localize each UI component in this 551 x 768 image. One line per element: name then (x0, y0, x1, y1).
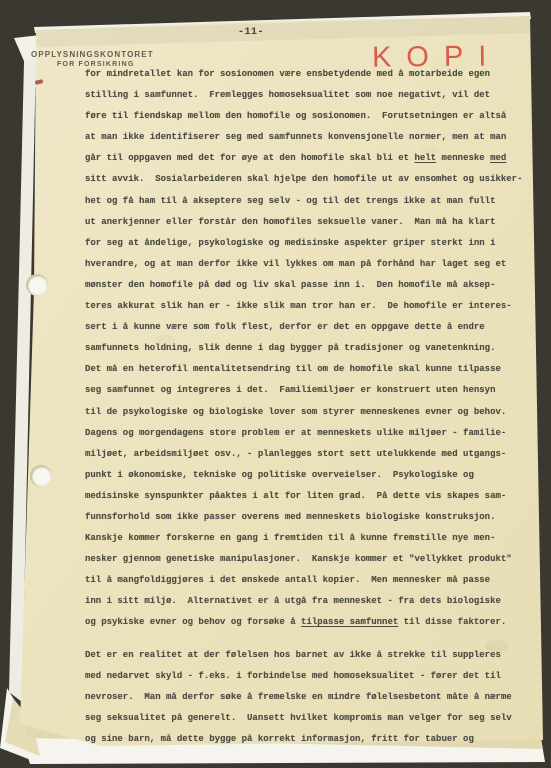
paragraph: for mindretallet kan for sosionomen være… (85, 64, 535, 634)
text-line: går til oppgaven med det for øye at den … (85, 148, 535, 169)
text-line: og sine barn, må dette bygge på korrekt … (85, 729, 535, 750)
text-line: Dagens og morgendagens store problem er … (85, 423, 535, 444)
scanned-document-photo: { "page": { "number": "-11-" }, "stamp":… (0, 0, 551, 768)
text-line: het og få ham til å akseptere seg selv -… (85, 191, 535, 212)
text-line: Det er en realitet at der følelsen hos b… (85, 645, 535, 666)
text-line: medisinske synspunkter påaktes i alt for… (85, 486, 535, 507)
text-line: funnsforhold som ikke passer overens med… (85, 507, 535, 528)
text-line: inn i sitt miljø. Alternativet er å utgå… (85, 591, 535, 612)
text-line: for seg at åndelige, psykologiske og med… (85, 233, 535, 254)
document-body: for mindretallet kan for sosionomen være… (85, 64, 535, 750)
text-line: seg seksualitet på generelt. Uansett hvi… (85, 708, 535, 729)
text-line: til de psykologiske og biologiske lover … (85, 402, 535, 423)
text-line: nevroser. Man må derfor søke å fremelske… (85, 687, 535, 708)
text-line: stilling i samfunnet. Fremlegges homosek… (85, 85, 535, 106)
text-line: mønster den homofile på død og liv skal … (85, 275, 535, 296)
paragraph: Det er en realitet at der følelsen hos b… (85, 645, 535, 750)
text-line: nesker gjennom genetiske manipulasjoner.… (85, 549, 535, 570)
text-line: til å mangfoldiggjøres i det ønskede ant… (85, 570, 535, 591)
office-stamp-line1: OPPLYSNINGSKONTORET (31, 49, 154, 60)
text-line: Kanskje kommer forskerne en gang i fremt… (85, 528, 535, 549)
text-line: for mindretallet kan for sosionomen være… (85, 64, 535, 85)
hole-punch-bottom (30, 465, 52, 487)
text-line: punkt i økonomiske, tekniske og politisk… (85, 465, 535, 486)
text-line: sitt avvik. Sosialarbeideren skal hjelpe… (85, 169, 535, 190)
text-line: at man ikke identifiserer seg med samfun… (85, 127, 535, 148)
text-line: sert i å kunne være som folk flest, derf… (85, 317, 535, 338)
text-line: føre til fiendskap mellom den homofile o… (85, 106, 535, 127)
text-line: ut anerkjenner eller forstår den homofil… (85, 212, 535, 233)
hole-punch-top (26, 274, 48, 296)
text-line: seg samfunnet og integreres i det. Famil… (85, 380, 535, 401)
text-line: samfunnets holdning, slik denne i dag by… (85, 338, 535, 359)
text-line: Det må en heterofil mentalitetsendring t… (85, 359, 535, 380)
page-number: -11- (238, 27, 264, 38)
text-line: og psykiske evner og behov og forsøke å … (85, 612, 535, 633)
text-line: miljøet, arbeidsmiljøet osv., - planlegg… (85, 444, 535, 465)
text-line: med nedarvet skyld - f.eks. i forbindels… (85, 666, 535, 687)
text-line: teres akkurat slik han er - ikke slik ma… (85, 296, 535, 317)
text-line: hverandre, og at man derfor ikke vil lyk… (85, 254, 535, 275)
